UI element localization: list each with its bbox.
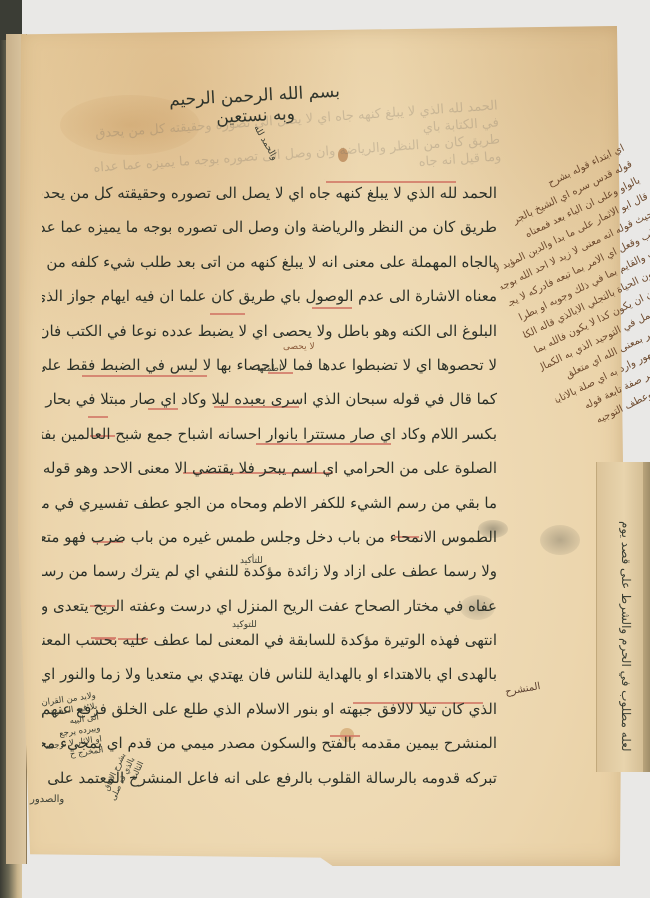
foldout-slip: لعله مطلوب في الحرم والشرط على قصد يوم [596, 462, 650, 772]
text-line: ولا رسما عطف على ازاد ولا زائدة مؤكدة لل… [42, 554, 497, 588]
text-line: بالجاه المهملة على معنى انه لا يبلغ كنهه… [42, 245, 497, 279]
text-line: كما قال في قوله سبحان الذي اسرى بعبده لي… [42, 382, 497, 416]
text-line: بكسر اللام وكاد اي صار مستترا بانوار احس… [42, 417, 497, 451]
text-line: ما بقي من رسم الشيء للكفر الاطم ومحاه من… [42, 486, 497, 520]
text-line: بالهدى اي بالاهتداء او بالهداية للناس فا… [42, 657, 497, 691]
text-line: انتهى فهذه الوتيرة مؤكدة للسابقة في المع… [42, 623, 497, 657]
main-text-block: الحمد لله الذي لا يبلغ كنهه جاه اي لا يص… [42, 176, 497, 795]
interlinear-note: لا يحصى [283, 342, 315, 352]
text-line: معناه الاشارة الى عدم الوصول باي طريق كا… [42, 279, 497, 313]
text-line: الذي كان تيلا لالافق جبهته او بنور الاسل… [42, 692, 497, 726]
text-line: الطموس الانمحاء من باب دخل وجلس طمس غيره… [42, 520, 497, 554]
bottom-note-text: والصدور [30, 794, 64, 805]
text-line: المنشرح بيمين مقدمه بالفتح والسكون مصدر … [42, 726, 497, 760]
left-margin-commentary: ولابد من القرآن بلا فيه الكفرة الى البيه… [16, 691, 104, 767]
text-line: البلوغ الى الكنه وهو باطل ولا يحصى اي لا… [42, 314, 497, 348]
foldout-edge [643, 462, 650, 772]
interlinear-note: للتأكيد [240, 556, 263, 566]
text-line: عفاه في مختار الصحاح عفت الريح المنزل اي… [42, 589, 497, 623]
interlinear-note: اطمتها [257, 364, 281, 374]
interlinear-note: للتوكيد [232, 620, 257, 630]
text-line: الحمد لله الذي لا يبلغ كنهه جاه اي لا يص… [42, 176, 497, 210]
foldout-note: لعله مطلوب في الحرم والشرط على قصد يوم [617, 502, 633, 752]
ink-smudge [540, 525, 580, 555]
text-line: الصلوة على من الحرامي اي اسم يبحر فلا يق… [42, 451, 497, 485]
text-line: طريق كان من النظر والرياضة وان وصل الى ت… [42, 210, 497, 244]
